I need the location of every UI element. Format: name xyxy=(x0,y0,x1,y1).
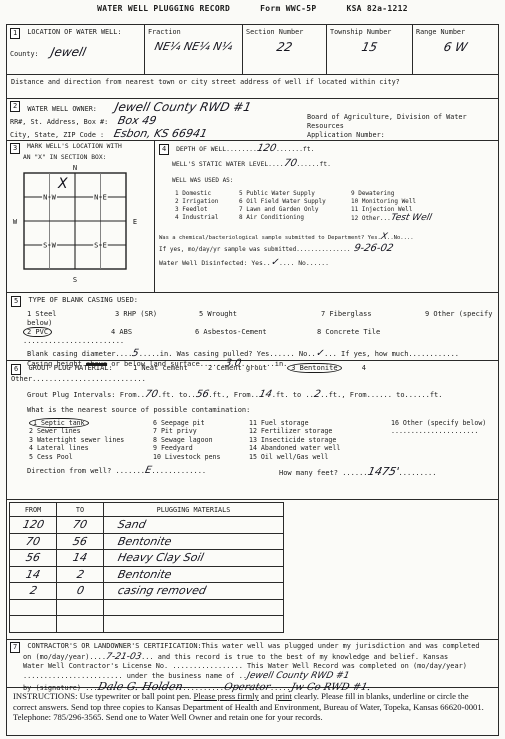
used-option: 5 Public Water Supply xyxy=(239,190,351,198)
fraction-value: NE¼ NE¼ N¼ xyxy=(147,41,240,52)
intervals-seg: Grout Plug Intervals: From.. xyxy=(27,391,145,399)
used-as-options: 1 Domestic 2 Irrigation 3 Feedlot 4 Indu… xyxy=(175,190,494,223)
agency-line-1: Board of Agriculture, Division of Water … xyxy=(307,113,498,131)
water-well-plugging-record-form: WATER WELL PLUGGING RECORD Form WWC-5P K… xyxy=(0,0,505,739)
range-column: Range Number 6 W xyxy=(413,25,498,74)
sample-date-value: 9-26-02 xyxy=(353,244,394,254)
agency-line-2: Application Number: xyxy=(307,131,498,140)
form-header: WATER WELL PLUGGING RECORD Form WWC-5P K… xyxy=(0,4,505,13)
contam-option: 10 Livestock pens xyxy=(153,453,249,461)
used-option-other: 12 Other... xyxy=(351,215,391,222)
table-row: 70 56 Bentonite xyxy=(10,533,284,550)
intervals-seg: .ft. to .. xyxy=(272,391,314,399)
section-number-value: 22 xyxy=(245,41,325,53)
feet-pre: How many feet? ...... xyxy=(279,469,368,477)
contam-option: 14 Abandoned water well xyxy=(249,444,391,452)
cell-material: Bentonite xyxy=(117,536,173,547)
section-1-title: LOCATION OF WATER WELL: xyxy=(27,28,121,36)
form-title: WATER WELL PLUGGING RECORD xyxy=(97,4,230,13)
section-3-title-line2: AN "X" IN SECTION BOX: xyxy=(23,154,151,161)
township-value: 15 xyxy=(329,41,411,53)
section-7-certification: 7 CONTRACTOR'S OR LANDOWNER'S CERTIFICAT… xyxy=(7,640,498,688)
range-value: 6 W xyxy=(415,41,497,53)
used-option: 2 Irrigation xyxy=(175,198,239,206)
compass-e-label: E xyxy=(133,218,137,226)
cell-to: 56 xyxy=(72,536,88,547)
signer-org-value: Jw Co RWD #1. xyxy=(290,683,371,693)
contam-option: 15 Oil well/Gas well xyxy=(249,453,391,461)
contam-option: 2 Sewer lines xyxy=(29,427,153,435)
table-row: 2 0 casing removed xyxy=(10,583,284,600)
business-name-value: Jewell County RWD #1 xyxy=(246,672,350,681)
address-value: Box 49 xyxy=(117,115,158,126)
interval-from-2: 14 xyxy=(258,390,273,400)
location-column: 1 LOCATION OF WATER WELL: County: Jewell xyxy=(7,25,145,74)
range-label: Range Number xyxy=(416,28,465,36)
interval-to-1: 56 xyxy=(195,390,210,400)
section-2-owner: 2 WATER WELL OWNER: Jewell County RWD #1… xyxy=(7,99,498,141)
used-option: 1 Domestic xyxy=(175,190,239,198)
static-level-post: ......ft. xyxy=(296,160,331,168)
section-5-casing: 5 TYPE OF BLANK CASING USED: 1 Steel3 RH… xyxy=(7,293,498,361)
direction-pre: Direction from well? ....... xyxy=(27,467,145,475)
township-label: Township Number xyxy=(330,28,391,36)
compass-s-label: S xyxy=(73,276,77,284)
feet-post: ......... xyxy=(399,469,437,477)
table-header-from: FROM xyxy=(10,503,57,517)
form-body: 1 LOCATION OF WATER WELL: County: Jewell… xyxy=(6,24,499,736)
role-dots: ..... xyxy=(270,684,291,692)
plugging-table-row: FROM TO PLUGGING MATERIALS 120 70 Sand 7… xyxy=(7,500,498,640)
casing-option: 4 ABS xyxy=(111,328,195,337)
used-option: 10 Monitoring Well xyxy=(351,198,494,206)
casing-option: 8 Concrete Tile xyxy=(317,328,421,337)
agency-block: Board of Agriculture, Division of Water … xyxy=(307,113,498,140)
section-4-well-data: 4 DEPTH OF WELL........120.......ft. WEL… xyxy=(155,141,498,292)
grout-option-selected: 3 Bentonite xyxy=(287,363,341,373)
casing-option: 7 Fiberglass xyxy=(321,310,425,319)
cell-from: 56 xyxy=(25,552,41,563)
section-7-badge: 7 xyxy=(10,642,20,653)
section-5-badge: 5 xyxy=(11,296,21,307)
plugging-materials-table: FROM TO PLUGGING MATERIALS 120 70 Sand 7… xyxy=(9,502,284,633)
cert-date-value: 7-21-03 xyxy=(105,653,142,662)
signature-value: Dale G. Holden xyxy=(97,681,184,692)
quadrant-sw-label: S W xyxy=(43,242,56,250)
county-value: Jewell xyxy=(49,46,86,58)
distance-question: Distance and direction from nearest town… xyxy=(11,78,400,86)
table-row xyxy=(10,616,284,633)
table-row: 56 14 Heavy Clay Soil xyxy=(10,550,284,567)
well-location-x-mark: X xyxy=(57,176,68,192)
casing-option: 5 Wrought xyxy=(199,310,321,319)
cell-material: Sand xyxy=(117,519,147,530)
cert-line-4-pre: ........................ under the busin… xyxy=(23,672,247,680)
section-number-label: Section Number xyxy=(246,28,303,36)
diameter-pre: Blank casing diameter.... xyxy=(27,350,132,358)
table-row xyxy=(10,599,284,616)
contam-option: 12 Fertilizer storage xyxy=(249,427,391,435)
interval-from-1: 70 xyxy=(144,390,159,400)
used-option: 9 Dewatering xyxy=(351,190,494,198)
fraction-column: Fraction NE¼ NE¼ N¼ xyxy=(145,25,243,74)
cell-material: Bentonite xyxy=(117,569,173,580)
signature-label: by (signature) ... xyxy=(23,684,98,692)
contam-option: 9 Feedyard xyxy=(153,444,249,452)
diameter-mid: .....in. Was casing pulled? Yes...... No… xyxy=(139,350,316,358)
disinfected-check-mark: ✓ xyxy=(270,258,281,268)
city-label: City, State, ZIP Code : xyxy=(10,131,104,139)
cell-to: 70 xyxy=(72,519,88,530)
contam-option: 7 Pit privy xyxy=(153,427,249,435)
intervals-seg: ..ft., From...... to......ft. xyxy=(320,391,442,399)
section-5-title: TYPE OF BLANK CASING USED: xyxy=(28,296,138,304)
casing-pulled-no-mark: ✓ xyxy=(315,349,326,359)
section-3-title-line1: MARK WELL'S LOCATION WITH xyxy=(27,143,122,150)
cell-material: casing removed xyxy=(117,585,207,596)
section-box-grid: N S W E N W N E S W S E X xyxy=(10,161,144,285)
section-6-grout: 6 GROUT PLUG MATERIAL: 1 Neat cement 2 C… xyxy=(7,361,498,500)
sig-dots: .......... xyxy=(182,684,224,692)
table-row: 14 2 Bentonite xyxy=(10,566,284,583)
form-number: Form WWC-5P xyxy=(260,4,316,13)
section-3-location-grid: 3 MARK WELL'S LOCATION WITH AN "X" IN SE… xyxy=(7,141,155,292)
instructions-block: INSTRUCTIONS: Use typewriter or ball poi… xyxy=(7,688,498,735)
used-option: 3 Feedlot xyxy=(175,206,239,214)
contam-option: 8 Sewage lagoon xyxy=(153,436,249,444)
contam-other-dots: ...................... xyxy=(391,427,494,435)
sample-question-pre: Was a chemical/bacteriological sample su… xyxy=(159,235,381,241)
section-4-badge: 4 xyxy=(159,144,169,155)
contam-option: 16 Other (specify below) xyxy=(391,419,494,427)
section-1-location: 1 LOCATION OF WATER WELL: County: Jewell… xyxy=(7,25,498,75)
cell-material: Heavy Clay Soil xyxy=(117,552,205,563)
cert-line-1: CONTRACTOR'S OR LANDOWNER'S CERTIFICATIO… xyxy=(27,642,479,650)
sample-date-pre: If yes, mo/day/yr sample was submitted..… xyxy=(159,246,350,253)
used-option: 6 Oil Field Water Supply xyxy=(239,198,351,206)
city-value: Esbon, KS 66941 xyxy=(113,128,208,139)
casing-option: 6 Asbestos-Cement xyxy=(195,328,317,337)
cell-to: 2 xyxy=(75,569,84,580)
cert-line-2-pre: on (mo/day/year).... xyxy=(23,653,106,661)
casing-other-dots: ........................ xyxy=(23,337,124,345)
fraction-label: Fraction xyxy=(148,28,181,36)
disinfected-pre: Water Well Disinfected: Yes.. xyxy=(159,259,271,267)
contamination-label: What is the nearest source of possible c… xyxy=(27,406,494,415)
cell-from: 120 xyxy=(21,519,44,530)
used-option: 8 Air Conditioning xyxy=(239,214,351,222)
county-label: County: xyxy=(10,50,39,58)
grout-option: 1 Neat cement xyxy=(133,364,188,372)
depth-pre: DEPTH OF WELL........ xyxy=(176,145,257,153)
table-header-to: TO xyxy=(57,503,104,517)
quadrant-nw-label: N W xyxy=(43,194,56,202)
diameter-post: ... If yes, how much............ xyxy=(324,350,459,358)
cell-to: 0 xyxy=(75,585,84,596)
quadrant-ne-label: N E xyxy=(94,194,107,202)
feet-value: 1475' xyxy=(366,466,399,477)
cert-line-3: Water Well Contractor's License No. ....… xyxy=(23,662,467,670)
used-as-label: WELL WAS USED AS: xyxy=(172,177,494,185)
compass-n-label: N xyxy=(73,164,77,172)
address-label: RR#, St. Address, Box #: xyxy=(10,118,108,126)
distance-question-row: Distance and direction from nearest town… xyxy=(7,75,498,99)
contam-option: 5 Cess Pool xyxy=(29,453,153,461)
section-3-badge: 3 xyxy=(10,143,20,154)
contam-option: 3 Watertight sewer lines xyxy=(29,436,153,444)
cell-to: 14 xyxy=(72,552,88,563)
owner-value: Jewell County RWD #1 xyxy=(114,101,253,113)
cert-line-2-post: ... and this record is true to the best … xyxy=(141,653,448,661)
section-2-badge: 2 xyxy=(10,101,20,112)
table-row: 120 70 Sand xyxy=(10,517,284,534)
owner-label: WATER WELL OWNER: xyxy=(27,105,97,113)
used-other-value: Test Well xyxy=(390,214,432,223)
static-level-value: 70 xyxy=(283,159,298,169)
cell-from: 14 xyxy=(25,569,41,580)
used-option: 7 Lawn and Garden Only xyxy=(239,206,351,214)
direction-post: ............. xyxy=(151,467,206,475)
section-6-badge: 6 xyxy=(11,364,21,375)
contam-option: 4 Lateral lines xyxy=(29,444,153,452)
grout-option: 2 Cement grout xyxy=(208,364,267,372)
section-number-column: Section Number 22 xyxy=(243,25,327,74)
casing-option-selected: 2 PVC xyxy=(23,327,52,337)
contam-option: 13 Insecticide storage xyxy=(249,436,391,444)
sample-question-post: ..No.... xyxy=(387,235,414,241)
contam-option: 11 Fuel storage xyxy=(249,419,391,427)
intervals-seg: .ft. to.. xyxy=(158,391,196,399)
section-6-title: GROUT PLUG MATERIAL: xyxy=(28,364,112,372)
used-option: 4 Industrial xyxy=(175,214,239,222)
form-statute: KSA 82a-1212 xyxy=(346,4,407,13)
casing-option: 1 Steel xyxy=(27,310,115,319)
township-column: Township Number 15 xyxy=(327,25,413,74)
compass-w-label: W xyxy=(13,218,18,226)
quadrant-se-label: S E xyxy=(94,242,107,250)
disinfected-post: .... No...... xyxy=(279,259,329,267)
table-header-materials: PLUGGING MATERIALS xyxy=(104,503,284,517)
contam-option: 6 Seepage pit xyxy=(153,419,249,427)
depth-value: 120 xyxy=(256,144,277,154)
intervals-seg: .ft., From.. xyxy=(208,391,259,399)
signer-role-value: Operator xyxy=(223,683,271,693)
depth-post: .......ft. xyxy=(276,145,314,153)
section-3-4-row: 3 MARK WELL'S LOCATION WITH AN "X" IN SE… xyxy=(7,141,498,293)
cell-from: 70 xyxy=(25,536,41,547)
casing-option: 3 RHP (SR) xyxy=(115,310,199,319)
contamination-options: 1 Septic tank 2 Sewer lines 3 Watertight… xyxy=(29,419,494,461)
static-level-pre: WELL'S STATIC WATER LEVEL.... xyxy=(172,160,284,168)
section-1-badge: 1 xyxy=(10,28,20,39)
cell-from: 2 xyxy=(28,585,37,596)
